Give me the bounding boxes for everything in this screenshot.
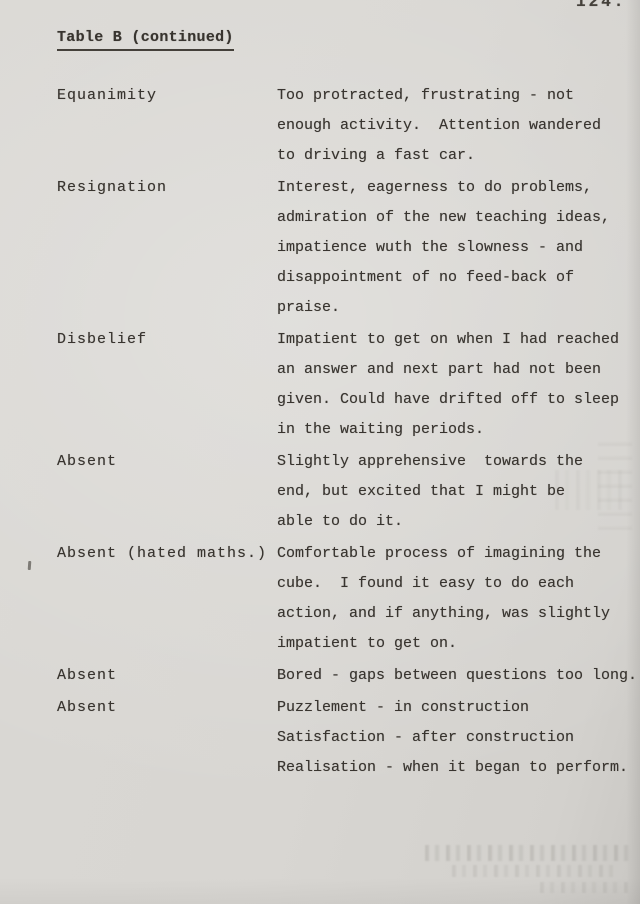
row-label: Resignation (57, 173, 277, 203)
row-label: Absent (57, 447, 277, 477)
row-lines: Too protracted, frustrating - notenough … (277, 81, 639, 171)
row-lines: Slightly apprehensive towards theend, bu… (277, 447, 639, 537)
description-line: disappointment of no feed-back of (277, 263, 639, 293)
description-line: enough activity. Attention wandered (277, 111, 639, 141)
table-title: Table B (continued) (57, 29, 234, 51)
description-line: Comfortable process of imagining the (277, 539, 639, 569)
table-row: Resignation Interest, eagerness to do pr… (57, 173, 639, 323)
description-line: praise. (277, 293, 639, 323)
description-line: able to do it. (277, 507, 639, 537)
row-lines: Comfortable process of imagining thecube… (277, 539, 639, 659)
description-line: admiration of the new teaching ideas, (277, 203, 639, 233)
row-label: Disbelief (57, 325, 277, 355)
stray-ink-mark (28, 561, 32, 570)
description-line: Slightly apprehensive towards the (277, 447, 639, 477)
row-lines: Bored - gaps between questions too long. (277, 661, 639, 691)
description-line: Satisfaction - after construction (277, 723, 639, 753)
document-page: 124. Table B (continued) Equanimity Too … (0, 0, 640, 904)
row-lines: Impatient to get on when I had reachedan… (277, 325, 639, 445)
description-line: Interest, eagerness to do problems, (277, 173, 639, 203)
description-line: Impatient to get on when I had reached (277, 325, 639, 355)
bleedthrough-smudge (452, 865, 620, 877)
description-line: Too protracted, frustrating - not (277, 81, 639, 111)
description-line: in the waiting periods. (277, 415, 639, 445)
row-lines: Puzzlement - in constructionSatisfaction… (277, 693, 639, 783)
description-line: impatience wuth the slowness - and (277, 233, 639, 263)
emotion-table: Equanimity Too protracted, frustrating -… (57, 81, 639, 785)
row-label: Absent (57, 661, 277, 691)
bleedthrough-smudge (540, 882, 628, 893)
description-line: given. Could have drifted off to sleep (277, 385, 639, 415)
table-row: Absent Bored - gaps between questions to… (57, 661, 639, 691)
table-row: Absent Puzzlement - in constructionSatis… (57, 693, 639, 783)
description-line: an answer and next part had not been (277, 355, 639, 385)
description-line: impatient to get on. (277, 629, 639, 659)
description-line: Bored - gaps between questions too long. (277, 661, 639, 691)
row-label: Absent (57, 693, 277, 723)
description-line: action, and if anything, was slightly (277, 599, 639, 629)
description-line: Puzzlement - in construction (277, 693, 639, 723)
description-line: Realisation - when it began to perform. (277, 753, 639, 783)
description-line: cube. I found it easy to do each (277, 569, 639, 599)
table-row: Disbelief Impatient to get on when I had… (57, 325, 639, 445)
table-row: Equanimity Too protracted, frustrating -… (57, 81, 639, 171)
bleedthrough-smudge (425, 845, 630, 861)
page-number: 124. (576, 0, 626, 11)
table-row: Absent (hated maths.) Comfortable proces… (57, 539, 639, 659)
row-lines: Interest, eagerness to do problems,admir… (277, 173, 639, 323)
description-line: to driving a fast car. (277, 141, 639, 171)
row-label: Equanimity (57, 81, 277, 111)
description-line: end, but excited that I might be (277, 477, 639, 507)
row-label: Absent (hated maths.) (57, 539, 277, 569)
table-row: Absent Slightly apprehensive towards the… (57, 447, 639, 537)
